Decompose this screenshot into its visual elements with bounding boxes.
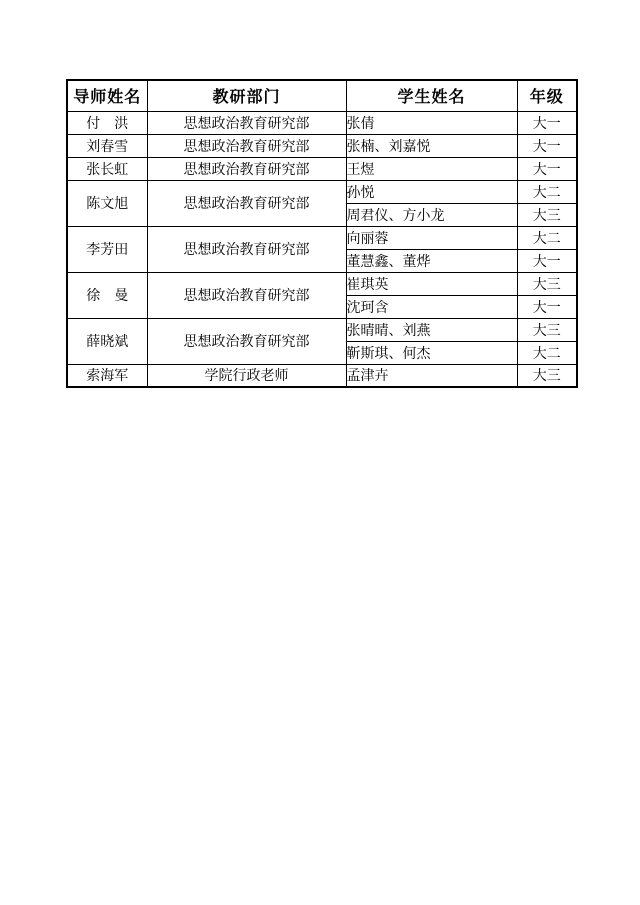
- advisor-name-cell: 付 洪: [67, 111, 147, 134]
- department-cell: 思想政治教育研究部: [147, 180, 346, 226]
- grade-cell: 大二: [517, 180, 577, 203]
- grade-cell: 大三: [517, 364, 577, 387]
- department-cell: 思想政治教育研究部: [147, 272, 346, 318]
- student-name-cell: 孟津卉: [346, 364, 517, 387]
- header-department: 教研部门: [147, 80, 346, 111]
- student-name-cell: 张倩: [346, 111, 517, 134]
- table-row: 张长虹思想政治教育研究部王煜大一: [67, 157, 577, 180]
- department-cell: 思想政治教育研究部: [147, 226, 346, 272]
- document-page: 导师姓名 教研部门 学生姓名 年级 付 洪思想政治教育研究部张倩大一刘春雪思想政…: [0, 0, 640, 905]
- advisor-name-cell: 刘春雪: [67, 134, 147, 157]
- student-name-cell: 张楠、刘嘉悦: [346, 134, 517, 157]
- header-grade: 年级: [517, 80, 577, 111]
- table-row: 李芳田思想政治教育研究部向丽蓉大二: [67, 226, 577, 249]
- student-name-cell: 靳斯琪、何杰: [346, 341, 517, 364]
- student-name-cell: 王煜: [346, 157, 517, 180]
- table-row: 索海军学院行政老师孟津卉大三: [67, 364, 577, 387]
- table-header-row: 导师姓名 教研部门 学生姓名 年级: [67, 80, 577, 111]
- advisor-name-cell: 陈文旭: [67, 180, 147, 226]
- grade-cell: 大一: [517, 295, 577, 318]
- grade-cell: 大一: [517, 111, 577, 134]
- department-cell: 学院行政老师: [147, 364, 346, 387]
- grade-cell: 大三: [517, 318, 577, 341]
- student-name-cell: 张晴晴、刘燕: [346, 318, 517, 341]
- department-cell: 思想政治教育研究部: [147, 134, 346, 157]
- student-name-cell: 向丽蓉: [346, 226, 517, 249]
- grade-cell: 大三: [517, 272, 577, 295]
- grade-cell: 大二: [517, 226, 577, 249]
- student-name-cell: 董慧鑫、董烨: [346, 249, 517, 272]
- department-cell: 思想政治教育研究部: [147, 111, 346, 134]
- advisor-name-cell: 薛晓斌: [67, 318, 147, 364]
- student-name-cell: 周君仪、方小龙: [346, 203, 517, 226]
- table-row: 陈文旭思想政治教育研究部孙悦大二: [67, 180, 577, 203]
- table-row: 付 洪思想政治教育研究部张倩大一: [67, 111, 577, 134]
- advisor-name-cell: 李芳田: [67, 226, 147, 272]
- student-name-cell: 孙悦: [346, 180, 517, 203]
- grade-cell: 大三: [517, 203, 577, 226]
- department-cell: 思想政治教育研究部: [147, 157, 346, 180]
- advisor-name-cell: 张长虹: [67, 157, 147, 180]
- advisor-name-cell: 索海军: [67, 364, 147, 387]
- table-row: 刘春雪思想政治教育研究部张楠、刘嘉悦大一: [67, 134, 577, 157]
- table-row: 薛晓斌思想政治教育研究部张晴晴、刘燕大三: [67, 318, 577, 341]
- advisor-name-cell: 徐 曼: [67, 272, 147, 318]
- table-row: 徐 曼思想政治教育研究部崔琪英大三: [67, 272, 577, 295]
- grade-cell: 大二: [517, 341, 577, 364]
- department-cell: 思想政治教育研究部: [147, 318, 346, 364]
- student-name-cell: 崔琪英: [346, 272, 517, 295]
- grade-cell: 大一: [517, 134, 577, 157]
- student-name-cell: 沈珂含: [346, 295, 517, 318]
- advisor-student-table: 导师姓名 教研部门 学生姓名 年级 付 洪思想政治教育研究部张倩大一刘春雪思想政…: [66, 79, 578, 388]
- header-student-name: 学生姓名: [346, 80, 517, 111]
- grade-cell: 大一: [517, 157, 577, 180]
- grade-cell: 大一: [517, 249, 577, 272]
- table-body: 付 洪思想政治教育研究部张倩大一刘春雪思想政治教育研究部张楠、刘嘉悦大一张长虹思…: [67, 111, 577, 387]
- header-advisor-name: 导师姓名: [67, 80, 147, 111]
